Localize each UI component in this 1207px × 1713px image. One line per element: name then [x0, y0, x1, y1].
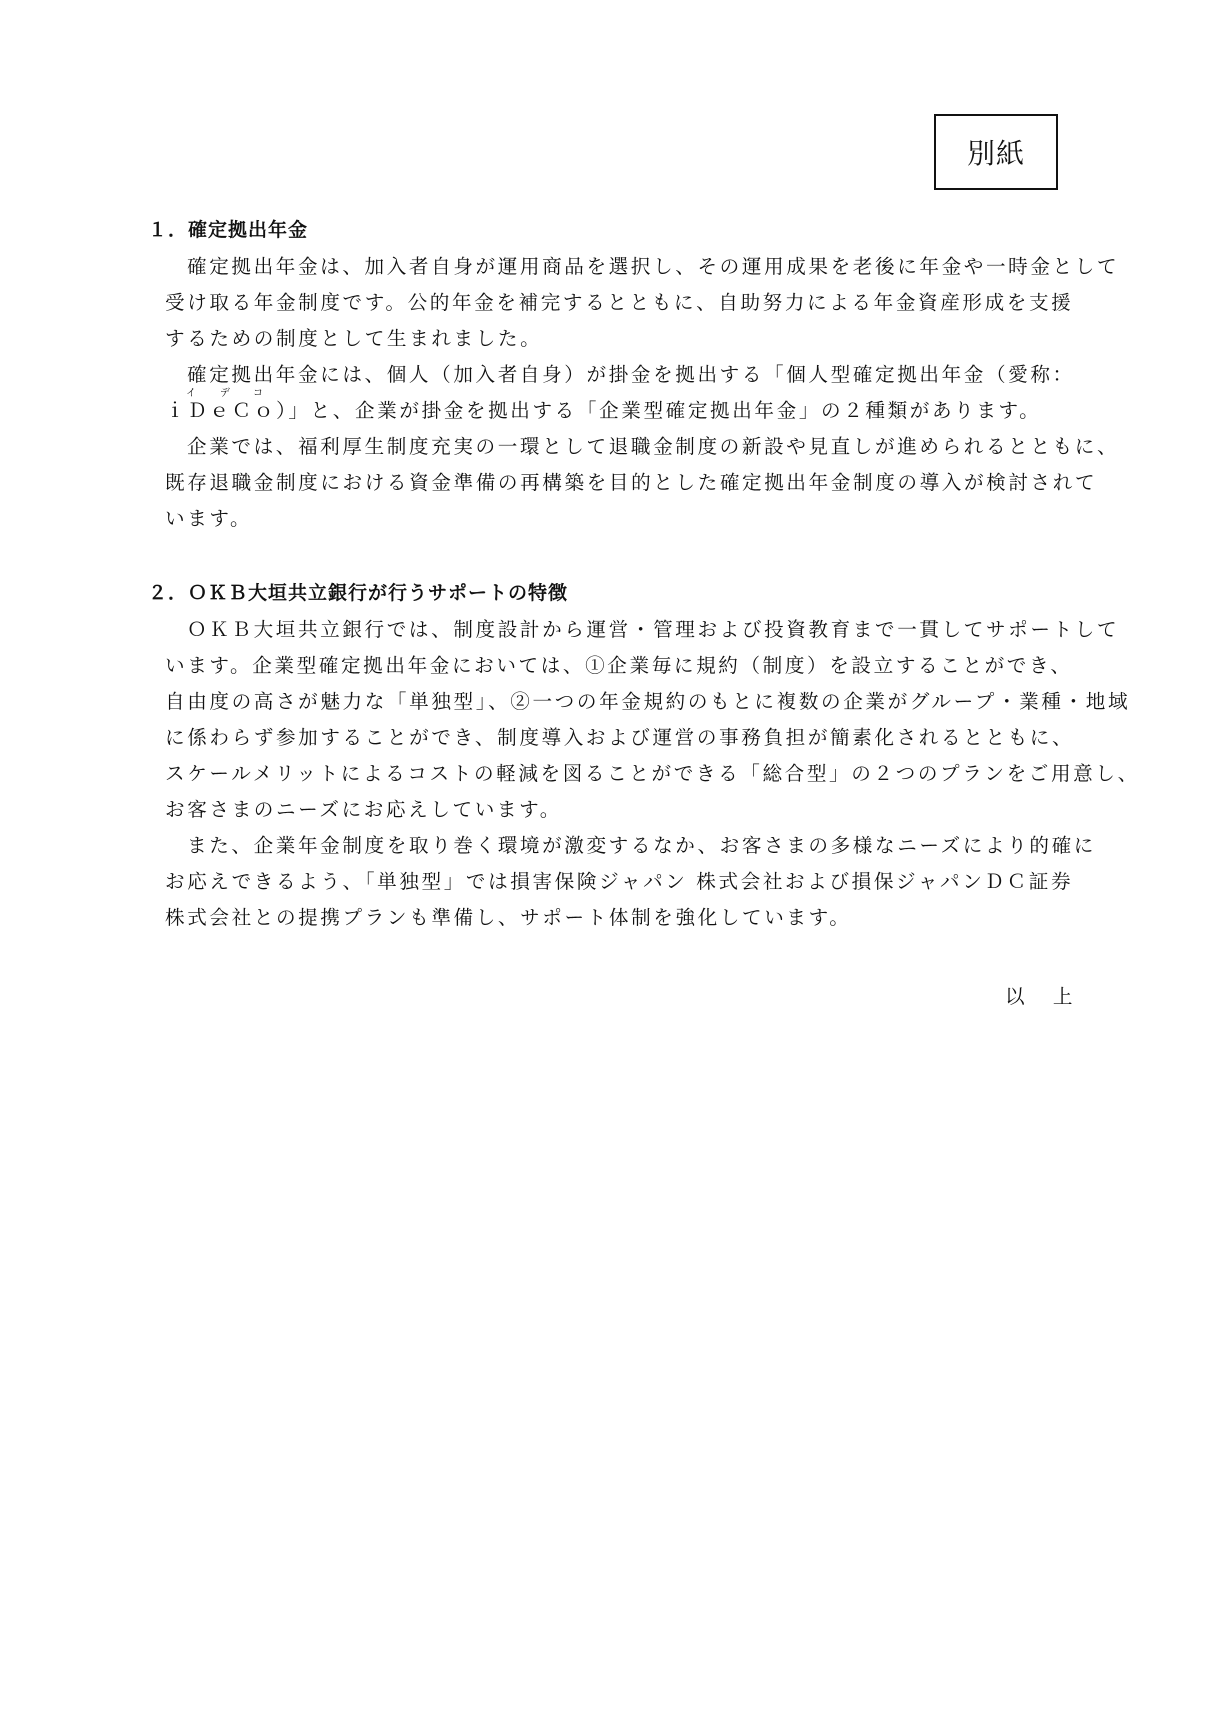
paragraph-line: また、企業年金制度を取り巻く環境が激変するなか、お客さまの多様なニーズにより的確…	[187, 829, 1096, 858]
attachment-stamp: 別紙	[934, 114, 1058, 190]
paragraph-line: に係わらず参加することができ、制度導入および運営の事務負担が簡素化されるとともに…	[165, 721, 1074, 750]
closing-first: 以	[1005, 980, 1025, 1009]
paragraph-line: います。	[165, 502, 252, 531]
closing-second: 上	[1053, 980, 1073, 1009]
paragraph-line: 確定拠出年金は、加入者自身が運用商品を選択し、その運用成果を老後に年金や一時金と…	[187, 250, 1119, 279]
paragraph-line: 株式会社との提携プランも準備し、サポート体制を強化しています。	[165, 901, 851, 930]
closing-mark: 以 上	[1005, 980, 1072, 1009]
paragraph-line: お応えできるよう、「単独型」では損害保険ジャパン 株式会社および損保ジャパンＤＣ…	[165, 865, 1073, 894]
section-1-heading: １．確定拠出年金	[148, 215, 308, 242]
paragraph-line: お客さまのニーズにお応えしています。	[165, 793, 562, 822]
paragraph-line: スケールメリットによるコストの軽減を図ることができる「総合型」の２つのプランをご…	[165, 757, 1140, 786]
paragraph-line: するための制度として生まれました。	[165, 322, 542, 351]
paragraph-line: ＯＫＢ大垣共立銀行では、制度設計から運営・管理および投資教育まで一貫してサポート…	[187, 613, 1119, 642]
paragraph-line: 企業では、福利厚生制度充実の一環として退職金制度の新設や見直しが進められるととも…	[187, 430, 1119, 459]
paragraph-line: 既存退職金制度における資金準備の再構築を目的とした確定拠出年金制度の導入が検討さ…	[165, 466, 1097, 495]
section-2-heading: ２．ＯＫＢ大垣共立銀行が行うサポートの特徴	[148, 578, 568, 605]
paragraph-line: 受け取る年金制度です。公的年金を補完するとともに、自助努力による年金資産形成を支…	[165, 286, 1073, 315]
paragraph-line: 確定拠出年金には、個人（加入者自身）が掛金を拠出する「個人型確定拠出年金（愛称：	[187, 358, 1075, 387]
paragraph-line: ｉＤｅＣｏ）」と、企業が掛金を拠出する「企業型確定拠出年金」の２種類があります。	[165, 394, 1041, 423]
paragraph-line: 自由度の高さが魅力な「単独型」、②一つの年金規約のもとに複数の企業がグループ・業…	[165, 685, 1130, 714]
paragraph-line: います。企業型確定拠出年金においては、①企業毎に規約（制度）を設立することができ…	[165, 649, 1073, 678]
attachment-label: 別紙	[967, 132, 1025, 172]
